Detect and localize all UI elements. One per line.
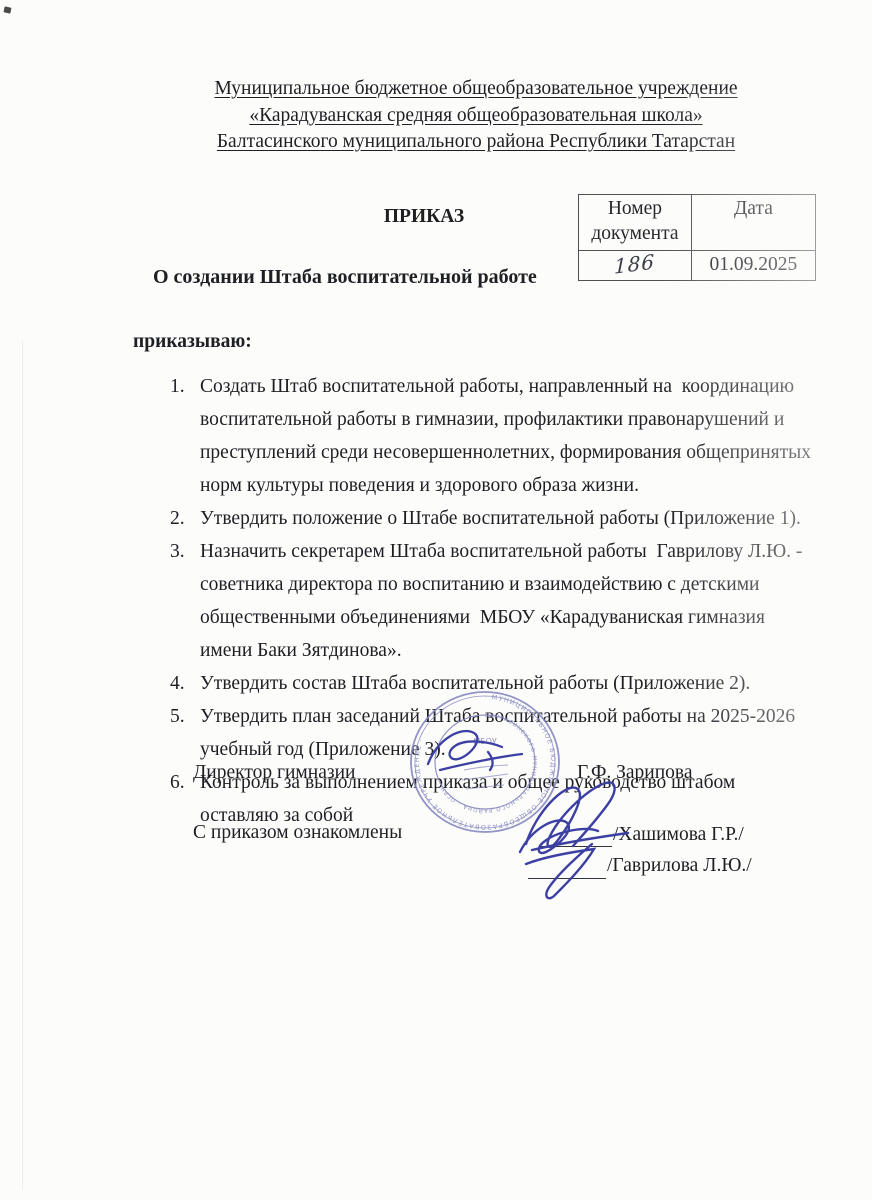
svg-text:БАЛТАСИНСКОГО МУНИЦИПАЛЬНОГО Р: БАЛТАСИНСКОГО МУНИЦИПАЛЬНОГО РАЙОНА · ОГ…	[437, 713, 537, 814]
official-round-stamp: · МУНИЦИПАЛЬНОЕ БЮДЖЕТНОЕ ОБЩЕОБРАЗОВАТЕ…	[404, 688, 566, 842]
item-text: Утвердить положение о Штабе воспитательн…	[200, 502, 818, 535]
signature-line-2	[528, 877, 606, 879]
item-text: Назначить секретарем Штаба воспитательно…	[200, 535, 818, 667]
scan-edge-artifact	[22, 340, 23, 1190]
organization-name-line2: «Карадуванская средняя общеобразовательн…	[249, 105, 702, 126]
stamp-center-text: МБОУ	[473, 737, 497, 746]
scanned-order-document: Муниципальное бюджетное общеобразователь…	[0, 0, 872, 1200]
scan-speck-artifact	[3, 6, 11, 13]
acknowledged-name-1: /Хашимова Г.Р./	[613, 824, 744, 846]
item-number: 2.	[170, 502, 200, 535]
item-number: 4.	[170, 667, 200, 700]
date-header-cell: Дата	[691, 195, 815, 251]
acknowledged-name-2: /Гаврилова Л.Ю./	[607, 855, 752, 877]
order-subject: О создании Штаба воспитательной работе	[153, 266, 713, 289]
order-item-3: 3. Назначить секретарем Штаба воспитател…	[170, 535, 818, 667]
director-label: Директор гимназии	[193, 762, 355, 784]
acknowledged-label: С приказом ознакомлены	[193, 822, 402, 844]
organization-header: Муниципальное бюджетное общеобразователь…	[80, 76, 872, 156]
organization-name-line1: Муниципальное бюджетное общеобразователь…	[214, 78, 737, 99]
item-number: 3.	[170, 535, 200, 667]
directive-word: приказываю:	[133, 331, 252, 353]
signature-line-1	[540, 845, 612, 847]
order-item-1: 1. Создать Штаб воспитательной работы, н…	[170, 370, 818, 502]
item-number: 1.	[170, 370, 200, 502]
organization-name-line3: Балтасинского муниципального района Респ…	[217, 131, 735, 152]
stamp-inner-ring-text: БАЛТАСИНСКОГО МУНИЦИПАЛЬНОГО РАЙОНА · ОГ…	[437, 713, 537, 814]
item-number: 5.	[170, 700, 200, 766]
item-text: Создать Штаб воспитательной работы, напр…	[200, 370, 818, 502]
number-header-cell: Номер документа	[579, 195, 692, 251]
director-name: Г.Ф. Зарипова	[577, 762, 693, 784]
order-item-2: 2. Утвердить положение о Штабе воспитате…	[170, 502, 818, 535]
